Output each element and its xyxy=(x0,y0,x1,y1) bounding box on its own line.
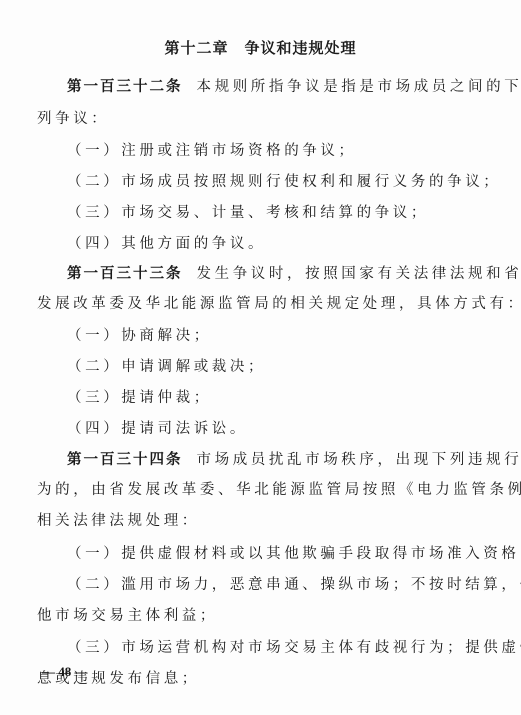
article-text: 市场成员扰乱市场秩序，出现下列违规行 xyxy=(197,452,521,468)
article-line: 第一百三十四条市场成员扰乱市场秩序，出现下列违规行 xyxy=(67,448,521,469)
list-item: （四）其他方面的争议。 xyxy=(67,232,266,253)
text-line: 发展改革委及华北能源监管局的相关规定处理，具体方式有： xyxy=(37,292,521,313)
text-line: 相关法律法规处理： xyxy=(37,509,200,530)
document-page: 第十二章争议和违规处理 第一百三十二条本规则所指争议是指是市场成员之间的下列争议… xyxy=(0,0,521,715)
article-number: 第一百三十四条 xyxy=(67,451,183,468)
list-item: （二）滥用市场力，恶意串通、操纵市场；不按时结算，侵害其 xyxy=(67,573,521,594)
text-line: 列争议： xyxy=(37,107,109,128)
article-number: 第一百三十二条 xyxy=(67,78,183,95)
chapter-title: 争议和违规处理 xyxy=(245,39,357,57)
list-item: （一）协商解决； xyxy=(67,324,212,345)
list-item: （三）市场运营机构对市场交易主体有歧视行为；提供虚假信 xyxy=(67,636,521,657)
list-item: （三）市场交易、计量、考核和结算的争议； xyxy=(67,201,429,222)
list-item: （三）提请仲裁； xyxy=(67,386,212,407)
list-item: （二）市场成员按照规则行使权利和履行义务的争议； xyxy=(67,170,501,191)
article-line: 第一百三十二条本规则所指争议是指是市场成员之间的下 xyxy=(67,75,521,96)
article-text: 本规则所指争议是指是市场成员之间的下 xyxy=(197,79,521,95)
list-item: （一）注册或注销市场资格的争议； xyxy=(67,139,357,160)
list-item: （四）提请司法诉讼。 xyxy=(67,417,248,438)
article-text: 发生争议时，按照国家有关法律法规和省 xyxy=(197,266,521,282)
list-item: （二）申请调解或裁决； xyxy=(67,355,266,376)
page-number: — 48 — xyxy=(42,664,88,680)
article-number: 第一百三十三条 xyxy=(67,265,183,282)
chapter-number: 第十二章 xyxy=(164,39,228,57)
chapter-heading: 第十二章争议和违规处理 xyxy=(0,37,521,58)
text-line: 为的，由省发展改革委、华北能源监管局按照《电力监管条例》等 xyxy=(37,478,521,499)
article-line: 第一百三十三条发生争议时，按照国家有关法律法规和省 xyxy=(67,262,521,283)
text-line: 他市场交易主体利益； xyxy=(37,604,218,625)
list-item: （一）提供虚假材料或以其他欺骗手段取得市场准入资格； xyxy=(67,542,521,563)
